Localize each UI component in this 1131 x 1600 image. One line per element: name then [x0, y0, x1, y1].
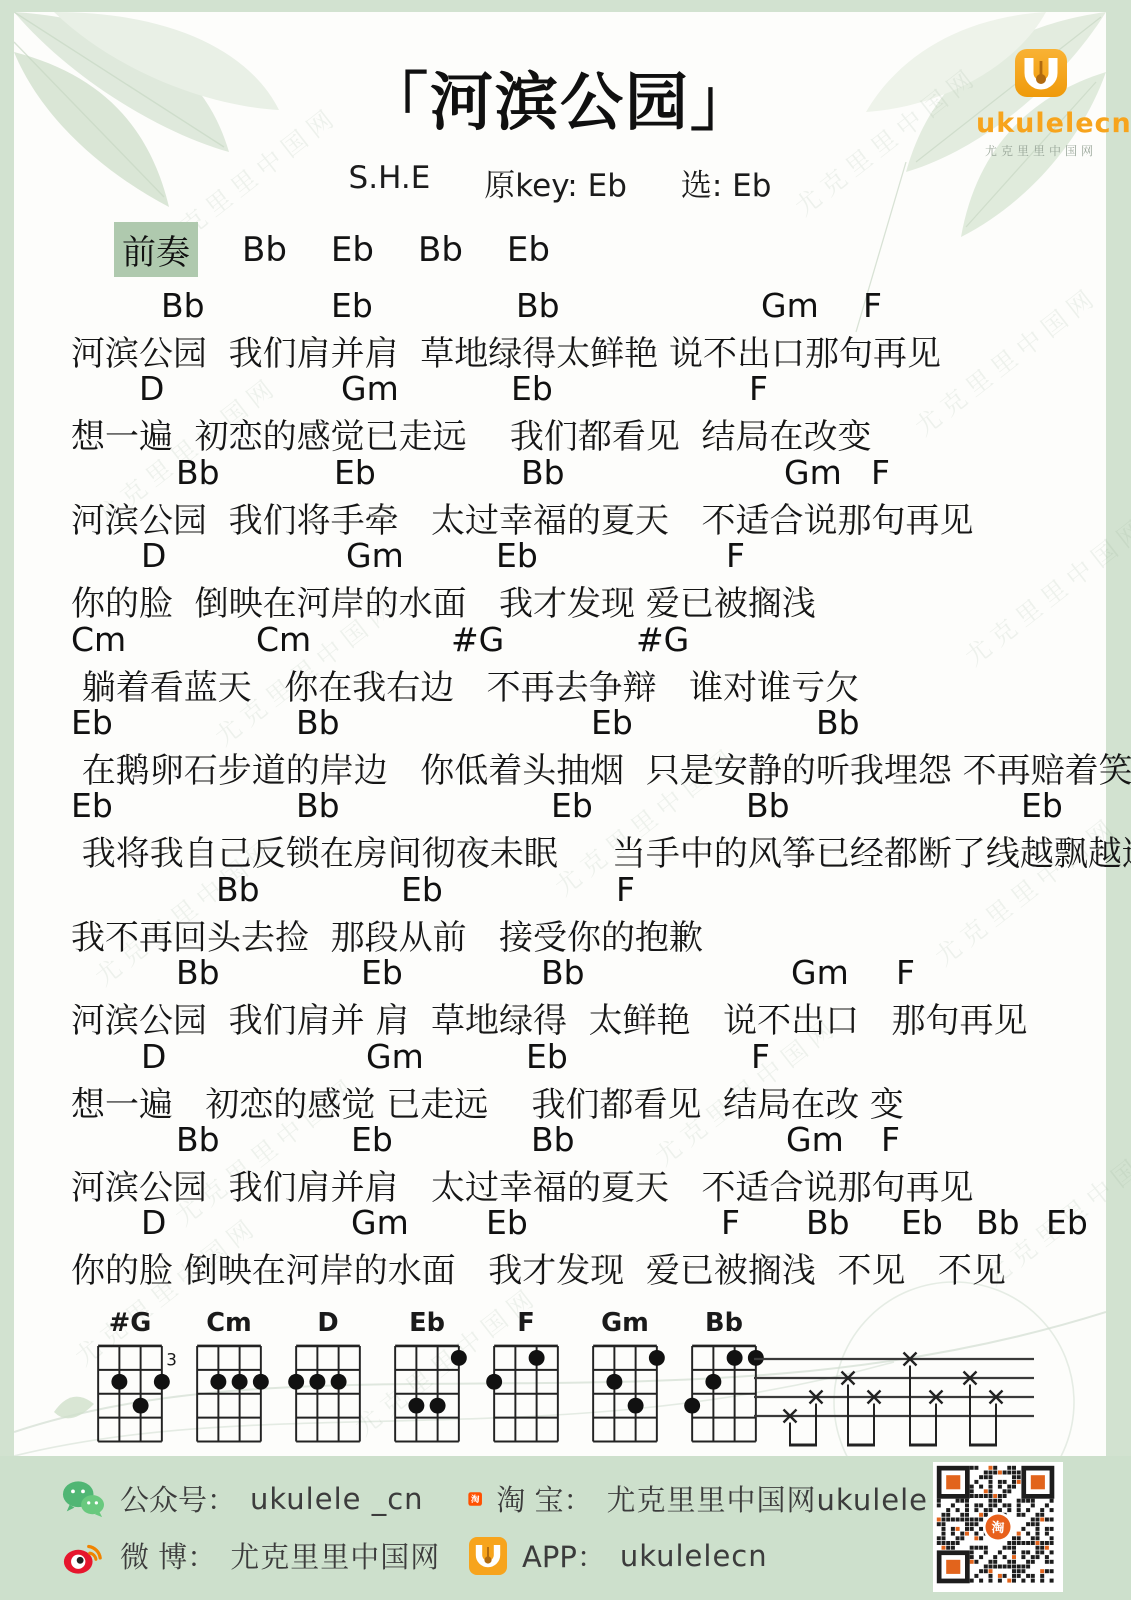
lyric-line-block: EbBbEbBbEb 我将我自己反锁在房间彻夜未眠 当手中的风筝已经都断了线越飘…	[71, 786, 1091, 869]
lyric-line-block: CmCm#G#G 躺着看蓝天 你在我右边 不再去争辩 谁对谁亏欠	[71, 620, 1091, 703]
chord-label: Eb	[486, 1203, 528, 1242]
chord-row: DGmEbF	[71, 1037, 1091, 1077]
footer-value: ukulelecn	[620, 1539, 768, 1573]
chord-label: Cm	[256, 620, 311, 659]
lyric-text: 你的脸 倒映在河岸的水面 我才发现 爱已被搁浅	[71, 576, 816, 625]
footer-value: ukulele _cn	[250, 1482, 424, 1516]
footer-value: 尤克里里中国网	[230, 1535, 440, 1576]
strum-pattern	[752, 1345, 1036, 1463]
chord-row: BbEbBbGmF	[71, 286, 1091, 326]
chord-label: Eb	[496, 536, 538, 575]
lyric-text: 想一遍 初恋的感觉 已走远 我们都看见 结局在改 变	[71, 1077, 904, 1126]
chord-label: Bb	[816, 703, 860, 742]
selected-key: 选: Eb	[681, 160, 772, 205]
chord-row: BbEbBbGmF	[71, 953, 1091, 993]
intro-label: 前奏	[114, 222, 198, 277]
chord-row: DGmEbF	[71, 536, 1091, 576]
logo-subtitle: 尤克里里中国网	[976, 142, 1106, 159]
chord-row: DGmEbFBbEbBbEb	[71, 1203, 1091, 1243]
chord-label: Eb	[331, 286, 373, 325]
chord-row: EbBbEbBb	[71, 703, 1091, 743]
lyric-text: 躺着看蓝天 你在我右边 不再去争辩 谁对谁亏欠	[71, 660, 859, 709]
footer: 公众号：ukulele _cn 淘淘 宝：尤克里里中国网ukulele 微 博：…	[0, 1456, 1131, 1600]
chord-label: Gm	[786, 1120, 844, 1159]
lyric-line-block: BbEbBbGmF河滨公园 我们肩并 肩 草地绿得 太鲜艳 说不出口 那句再见	[71, 953, 1091, 1036]
lyric-lines: BbEbBbGmF河滨公园 我们肩并肩 草地绿得太鲜艳 说不出口那句再见DGmE…	[71, 286, 1091, 1287]
chord-diagram-Gm: Gm	[579, 1304, 671, 1464]
chord-diagrams: #G3CmDEbFGmBb	[84, 1304, 770, 1464]
footer-item-weibo: 微 博：尤克里里中国网	[60, 1535, 468, 1577]
chord-label: Eb	[361, 953, 403, 992]
lyric-line-block: EbBbEbBb 在鹅卵石步道的岸边 你低着头抽烟 只是安静的听我埋怨 不再赔着…	[71, 703, 1091, 786]
intro-chord: Bb	[418, 230, 463, 270]
chord-label: Bb	[296, 786, 340, 825]
chord-label: F	[863, 286, 882, 325]
chord-label: F	[751, 1037, 770, 1076]
chord-row: BbEbF	[71, 870, 1091, 910]
chord-label: Gm	[784, 453, 842, 492]
svg-text:Gm: Gm	[601, 1308, 649, 1338]
lyric-text: 你的脸 倒映在河岸的水面 我才发现 爱已被搁浅 不见 不见	[71, 1243, 1006, 1292]
svg-text:#G: #G	[109, 1308, 152, 1338]
chord-label: Gm	[791, 953, 849, 992]
chord-label: Gm	[346, 536, 404, 575]
chord-label: D	[141, 536, 166, 575]
song-sheet: 尤克里里中国网尤克里里中国网尤克里里中国网尤克里里中国网尤克里里中国网尤克里里中…	[14, 12, 1106, 1456]
footer-item-ukulele-app: APP：ukulelecn	[468, 1535, 928, 1576]
footer-item-wechat: 公众号：ukulele _cn	[60, 1478, 468, 1520]
chord-label: Gm	[341, 369, 399, 408]
taobao-qr-code: 淘	[933, 1462, 1063, 1592]
footer-contact-list: 公众号：ukulele _cn 淘淘 宝：尤克里里中国网ukulele 微 博：…	[60, 1470, 928, 1584]
chord-label: Eb	[591, 703, 633, 742]
lyric-text: 想一遍 初恋的感觉已走远 我们都看见 结局在改变	[71, 409, 871, 458]
chord-label: Eb	[511, 369, 553, 408]
chord-label: F	[721, 1203, 740, 1242]
svg-text:淘: 淘	[470, 1493, 480, 1505]
song-title: 「河滨公园」	[14, 52, 1106, 143]
weibo-icon	[60, 1535, 106, 1577]
footer-value: 尤克里里中国网ukulele	[607, 1478, 928, 1519]
lyric-text: 我将我自己反锁在房间彻夜未眠 当手中的风筝已经都断了线越飘越远	[71, 826, 1131, 875]
chord-label: Eb	[71, 786, 113, 825]
original-key: 原key: Eb	[484, 160, 627, 205]
chord-row: DGmEbF	[71, 369, 1091, 409]
wechat-icon	[60, 1478, 106, 1520]
chord-label: Eb	[1046, 1203, 1088, 1242]
footer-item-taobao: 淘淘 宝：尤克里里中国网ukulele	[468, 1478, 928, 1519]
chord-label: Eb	[334, 453, 376, 492]
lyric-text: 河滨公园 我们将手牵 太过幸福的夏天 不适合说那句再见	[71, 493, 973, 542]
chord-label: Bb	[176, 1120, 220, 1159]
chord-label: Eb	[551, 786, 593, 825]
chord-label: Bb	[296, 703, 340, 742]
lyric-line-block: BbEbBbGmF河滨公园 我们将手牵 太过幸福的夏天 不适合说那句再见	[71, 453, 1091, 536]
intro-chord: Bb	[242, 230, 287, 270]
lyric-text: 在鹅卵石步道的岸边 你低着头抽烟 只是安静的听我埋怨 不再赔着笑脸	[71, 743, 1131, 792]
chord-diagram-Cm: Cm	[183, 1304, 275, 1464]
svg-text:Eb: Eb	[409, 1308, 445, 1338]
chord-label: #G	[451, 620, 504, 659]
chord-label: D	[141, 1203, 166, 1242]
chord-label: Bb	[176, 953, 220, 992]
chord-diagram-D: D	[282, 1304, 374, 1464]
svg-text:淘: 淘	[991, 1520, 1004, 1536]
intro-row: 前奏 BbEbBbEb	[114, 222, 550, 277]
chord-label: Eb	[71, 703, 113, 742]
chord-label: F	[616, 870, 635, 909]
svg-text:Bb: Bb	[705, 1308, 743, 1338]
chord-row: EbBbEbBbEb	[71, 786, 1091, 826]
lyric-line-block: DGmEbF想一遍 初恋的感觉已走远 我们都看见 结局在改变	[71, 369, 1091, 452]
lyric-line-block: BbEbBbGmF河滨公园 我们肩并肩 太过幸福的夏天 不适合说那句再见	[71, 1120, 1091, 1203]
chord-diagram-sharpG: #G3	[84, 1304, 176, 1464]
lyric-line-block: BbEbBbGmF河滨公园 我们肩并肩 草地绿得太鲜艳 说不出口那句再见	[71, 286, 1091, 369]
footer-label: 微 博：	[120, 1535, 216, 1576]
chord-label: D	[141, 1037, 166, 1076]
taobao-icon: 淘	[468, 1479, 482, 1519]
chord-label: Eb	[526, 1037, 568, 1076]
svg-text:D: D	[317, 1308, 338, 1338]
svg-text:3: 3	[166, 1349, 176, 1369]
chord-label: Eb	[901, 1203, 943, 1242]
chord-label: Eb	[401, 870, 443, 909]
lyric-text: 河滨公园 我们肩并肩 太过幸福的夏天 不适合说那句再见	[71, 1160, 973, 1209]
chord-label: Bb	[806, 1203, 850, 1242]
song-meta: S.H.E 原key: Eb 选: Eb	[14, 160, 1106, 205]
chord-label: Bb	[176, 453, 220, 492]
footer-label: 公众号：	[120, 1478, 236, 1519]
chord-label: Bb	[541, 953, 585, 992]
intro-chords: BbEbBbEb	[198, 230, 550, 270]
lyric-line-block: DGmEbF你的脸 倒映在河岸的水面 我才发现 爱已被搁浅	[71, 536, 1091, 619]
chord-diagram-F: F	[480, 1304, 572, 1464]
lyric-text: 我不再回头去捡 那段从前 接受你的抱歉	[71, 910, 703, 959]
chord-row: CmCm#G#G	[71, 620, 1091, 660]
chord-label: Gm	[366, 1037, 424, 1076]
chord-label: #G	[636, 620, 689, 659]
chord-label: Bb	[216, 870, 260, 909]
svg-text:F: F	[517, 1308, 535, 1338]
svg-text:Cm: Cm	[206, 1308, 252, 1338]
chord-diagram-Eb: Eb	[381, 1304, 473, 1464]
footer-label: 淘 宝：	[496, 1478, 592, 1519]
chord-label: Gm	[351, 1203, 409, 1242]
chord-label: F	[881, 1120, 900, 1159]
intro-chord: Eb	[507, 230, 550, 270]
chord-label: Eb	[351, 1120, 393, 1159]
intro-chord: Eb	[331, 230, 374, 270]
chord-label: Bb	[516, 286, 560, 325]
chord-label: Bb	[531, 1120, 575, 1159]
footer-label: APP：	[522, 1535, 606, 1576]
chord-label: F	[749, 369, 768, 408]
lyric-text: 河滨公园 我们肩并 肩 草地绿得 太鲜艳 说不出口 那句再见	[71, 993, 1028, 1042]
chord-label: Bb	[161, 286, 205, 325]
lyric-text: 河滨公园 我们肩并肩 草地绿得太鲜艳 说不出口那句再见	[71, 326, 941, 375]
chord-row: BbEbBbGmF	[71, 453, 1091, 493]
chord-label: Bb	[746, 786, 790, 825]
chord-label: F	[896, 953, 915, 992]
lyric-line-block: BbEbF我不再回头去捡 那段从前 接受你的抱歉	[71, 870, 1091, 953]
lyric-line-block: DGmEbFBbEbBbEb你的脸 倒映在河岸的水面 我才发现 爱已被搁浅 不见…	[71, 1203, 1091, 1286]
chord-label: F	[871, 453, 890, 492]
lyric-line-block: DGmEbF想一遍 初恋的感觉 已走远 我们都看见 结局在改 变	[71, 1037, 1091, 1120]
chord-label: Cm	[71, 620, 126, 659]
artist-name: S.H.E	[349, 160, 431, 205]
chord-label: F	[726, 536, 745, 575]
chord-label: Bb	[521, 453, 565, 492]
chord-label: Eb	[1021, 786, 1063, 825]
chord-label: Bb	[976, 1203, 1020, 1242]
chord-label: D	[139, 369, 164, 408]
chord-row: BbEbBbGmF	[71, 1120, 1091, 1160]
chord-label: Gm	[761, 286, 819, 325]
ukulele-app-icon	[468, 1536, 508, 1576]
